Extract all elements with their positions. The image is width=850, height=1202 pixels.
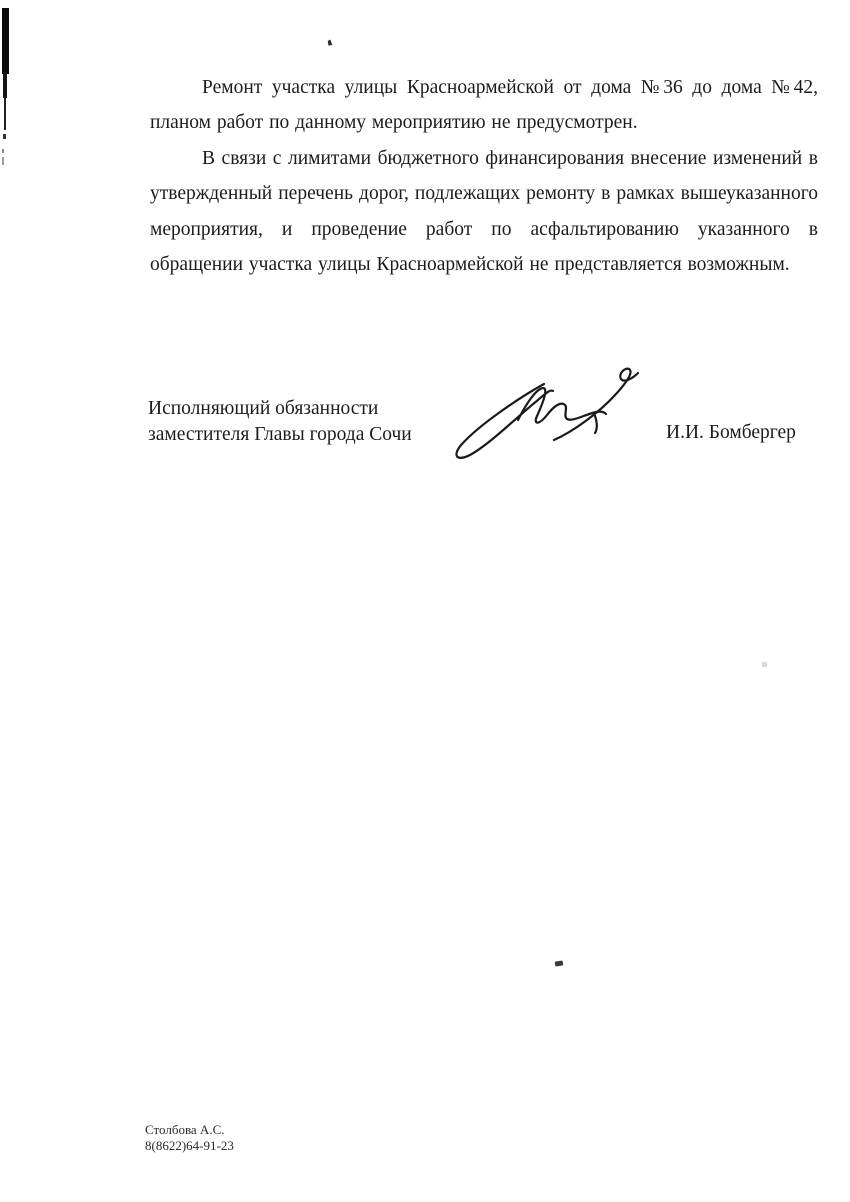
scan-artifact-speck [2, 157, 4, 165]
executor-phone: 8(8622)64-91-23 [145, 1138, 234, 1153]
scan-artifact-bar [4, 96, 6, 130]
scan-artifact-bar [3, 72, 7, 98]
scan-artifact-bar [2, 8, 9, 74]
executor-contact: Столбова А.С. 8(8622)64-91-23 [145, 1122, 234, 1154]
scan-artifact-speck [555, 960, 564, 966]
scanned-letter-page: Ремонт участка улицы Красноармейской от … [0, 0, 850, 1202]
letter-body: Ремонт участка улицы Красноармейской от … [150, 70, 818, 282]
body-paragraph-2: В связи с лимитами бюджетного финансиров… [150, 141, 818, 283]
scan-artifact-speck [762, 662, 767, 667]
signer-name: И.И. Бомбергер [666, 420, 796, 446]
executor-name: Столбова А.С. [145, 1122, 225, 1137]
body-paragraph-1: Ремонт участка улицы Красноармейской от … [150, 70, 818, 141]
scan-artifact-speck [2, 149, 4, 153]
scan-artifact-speck [326, 39, 334, 47]
signer-title-line-1: Исполняющий обязанности [148, 398, 378, 419]
signer-title-line-2: заместителя Главы города Сочи [148, 424, 412, 445]
scan-artifact-speck [3, 134, 6, 139]
signer-title: Исполняющий обязанности заместителя Глав… [148, 396, 412, 448]
handwritten-signature-icon [446, 358, 650, 468]
